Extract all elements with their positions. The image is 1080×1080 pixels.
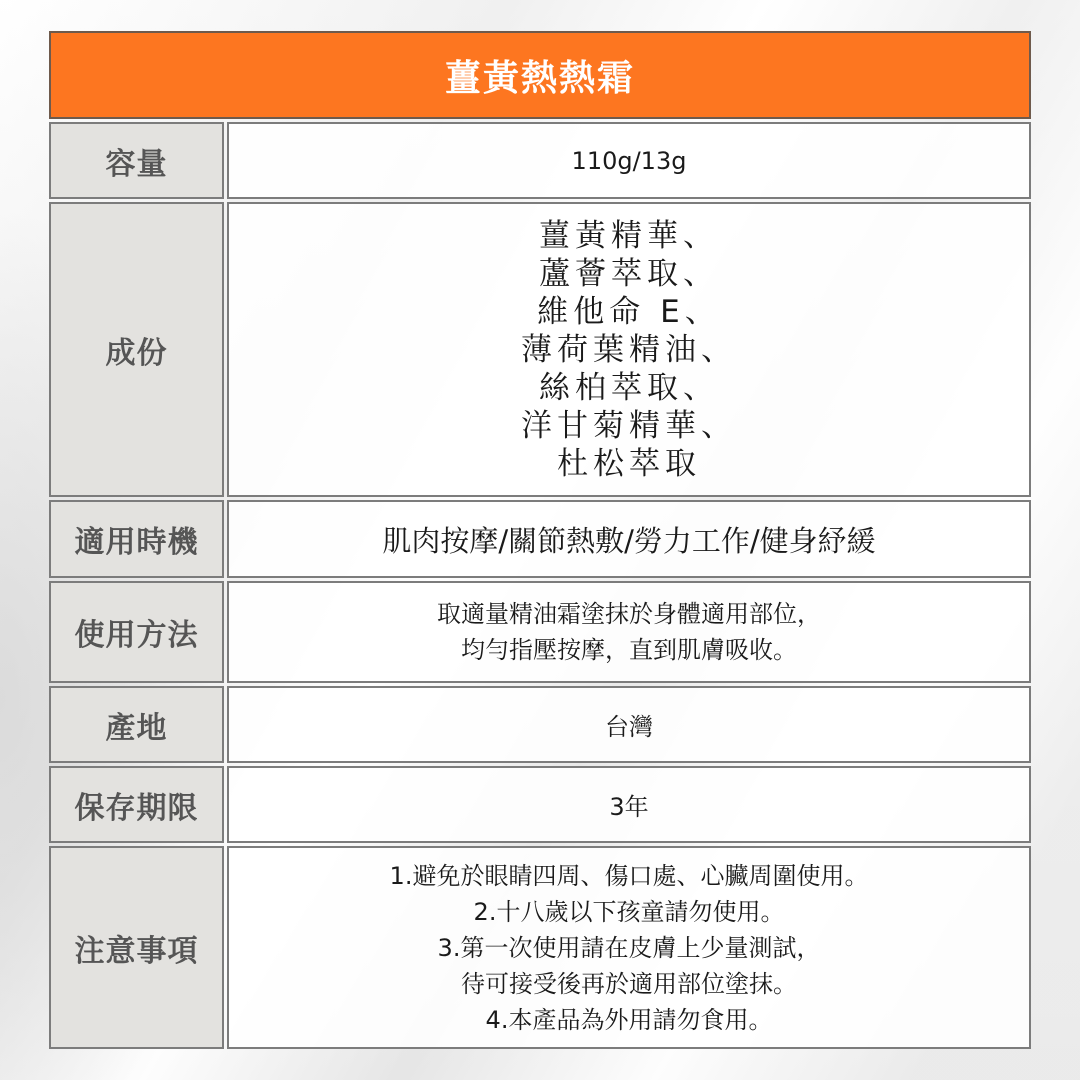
directions-text: 取適量精油霜塗抹於身體適用部位， 均勻指壓按摩，直到肌膚吸收。 <box>437 596 821 668</box>
precaution-line: 待可接受後再於適用部位塗抹。 <box>461 966 797 1002</box>
spec-label-origin: 產地 <box>106 703 168 747</box>
spec-value-cell: 肌肉按摩/關節熱敷/勞力工作/健身紓緩 <box>227 500 1031 578</box>
spec-label-directions: 使用方法 <box>75 610 199 654</box>
ingredient-item: 洋甘菊精華、 <box>521 407 737 445</box>
spec-row-ingredients: 成份 薑黃精華、 蘆薈萃取、 維他命 E、 薄荷葉精油、 絲柏萃取、 洋甘菊精華… <box>49 202 1031 497</box>
precaution-line: 3.第一次使用請在皮膚上少量測試， <box>438 930 821 966</box>
spec-row-precautions: 注意事項 1.避免於眼睛四周、傷口處、心臟周圍使用。 2.十八歲以下孩童請勿使用… <box>49 846 1031 1049</box>
spec-label-cell: 容量 <box>49 122 224 199</box>
spec-row-shelf-life: 保存期限 3年 <box>49 766 1031 843</box>
spec-row-usage-occasion: 適用時機 肌肉按摩/關節熱敷/勞力工作/健身紓緩 <box>49 500 1031 578</box>
precautions-list: 1.避免於眼睛四周、傷口處、心臟周圍使用。 2.十八歲以下孩童請勿使用。 3.第… <box>390 858 869 1038</box>
product-title: 薑黃熱熱霜 <box>445 50 635 101</box>
precaution-line: 4.本產品為外用請勿食用。 <box>486 1002 773 1038</box>
spec-row-origin: 產地 台灣 <box>49 686 1031 763</box>
spec-value-capacity: 110g/13g <box>572 147 687 175</box>
spec-label-usage-occasion: 適用時機 <box>75 517 199 561</box>
ingredient-item: 薄荷葉精油、 <box>521 331 737 369</box>
ingredient-item: 杜松萃取 <box>557 445 701 483</box>
precaution-line: 1.避免於眼睛四周、傷口處、心臟周圍使用。 <box>390 858 869 894</box>
spec-value-shelf-life: 3年 <box>609 787 648 822</box>
spec-label-cell: 注意事項 <box>49 846 224 1049</box>
spec-label-cell: 適用時機 <box>49 500 224 578</box>
directions-line: 均勻指壓按摩，直到肌膚吸收。 <box>461 632 797 668</box>
spec-label-precautions: 注意事項 <box>75 926 199 970</box>
precaution-line: 2.十八歲以下孩童請勿使用。 <box>474 894 785 930</box>
spec-value-cell: 3年 <box>227 766 1031 843</box>
spec-label-cell: 保存期限 <box>49 766 224 843</box>
spec-label-ingredients: 成份 <box>106 328 168 372</box>
spec-label-capacity: 容量 <box>106 139 168 183</box>
spec-label-cell: 產地 <box>49 686 224 763</box>
spec-row-capacity: 容量 110g/13g <box>49 122 1031 199</box>
spec-value-cell: 取適量精油霜塗抹於身體適用部位， 均勻指壓按摩，直到肌膚吸收。 <box>227 581 1031 683</box>
spec-row-directions: 使用方法 取適量精油霜塗抹於身體適用部位， 均勻指壓按摩，直到肌膚吸收。 <box>49 581 1031 683</box>
ingredient-item: 薑黃精華、 <box>539 217 719 255</box>
ingredient-item: 絲柏萃取、 <box>539 369 719 407</box>
ingredient-item: 蘆薈萃取、 <box>539 255 719 293</box>
product-title-banner: 薑黃熱熱霜 <box>49 31 1031 119</box>
spec-label-cell: 使用方法 <box>49 581 224 683</box>
spec-value-cell: 台灣 <box>227 686 1031 763</box>
spec-value-origin: 台灣 <box>605 707 653 742</box>
spec-label-cell: 成份 <box>49 202 224 497</box>
ingredients-list: 薑黃精華、 蘆薈萃取、 維他命 E、 薄荷葉精油、 絲柏萃取、 洋甘菊精華、 杜… <box>521 217 737 483</box>
spec-label-shelf-life: 保存期限 <box>75 783 199 827</box>
spec-value-cell: 1.避免於眼睛四周、傷口處、心臟周圍使用。 2.十八歲以下孩童請勿使用。 3.第… <box>227 846 1031 1049</box>
directions-line: 取適量精油霜塗抹於身體適用部位， <box>437 596 821 632</box>
spec-value-cell: 110g/13g <box>227 122 1031 199</box>
ingredient-item: 維他命 E、 <box>537 293 720 331</box>
spec-value-usage-occasion: 肌肉按摩/關節熱敷/勞力工作/健身紓緩 <box>382 519 875 560</box>
spec-value-cell: 薑黃精華、 蘆薈萃取、 維他命 E、 薄荷葉精油、 絲柏萃取、 洋甘菊精華、 杜… <box>227 202 1031 497</box>
